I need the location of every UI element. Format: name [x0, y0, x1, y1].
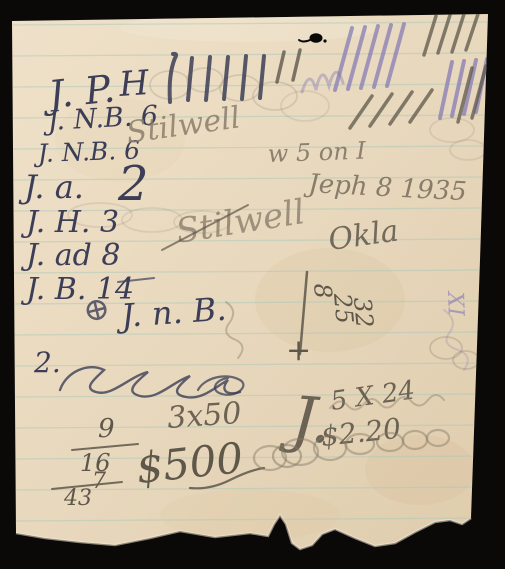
paper-stain	[120, 14, 380, 42]
roster-line-6: J. ad 8	[20, 238, 120, 273]
fraction1-numerator: 9	[98, 414, 115, 444]
roster-line-5: J. H. 3	[20, 205, 119, 240]
roster-line-1b: H	[117, 63, 152, 105]
roster-line-7: J. B. 14	[20, 272, 134, 307]
multiplication-1: 3x50	[166, 396, 242, 436]
roster-line-4a: J. a.	[18, 168, 84, 206]
column-plus-sign: +	[286, 333, 311, 368]
note-photo-canvas: J. P. H J. N.B. 6 J. N.B. 6 J. a. 2 J. H…	[0, 0, 505, 569]
side-vertical-mark: XI	[442, 289, 468, 318]
roster-line-8: J. n. B.	[114, 290, 228, 336]
column-number-bot: 32	[348, 296, 379, 329]
photograph-of-handwritten-note: J. P. H J. N.B. 6 J. N.B. 6 J. a. 2 J. H…	[0, 0, 505, 569]
note-w5-on-i: w 5 on I	[267, 137, 367, 168]
fraction2-numerator: 7	[92, 469, 106, 494]
roster-line-4b: 2	[117, 156, 149, 212]
margin-number: 2.	[33, 346, 61, 379]
fraction2-denominator: 43	[63, 486, 92, 511]
